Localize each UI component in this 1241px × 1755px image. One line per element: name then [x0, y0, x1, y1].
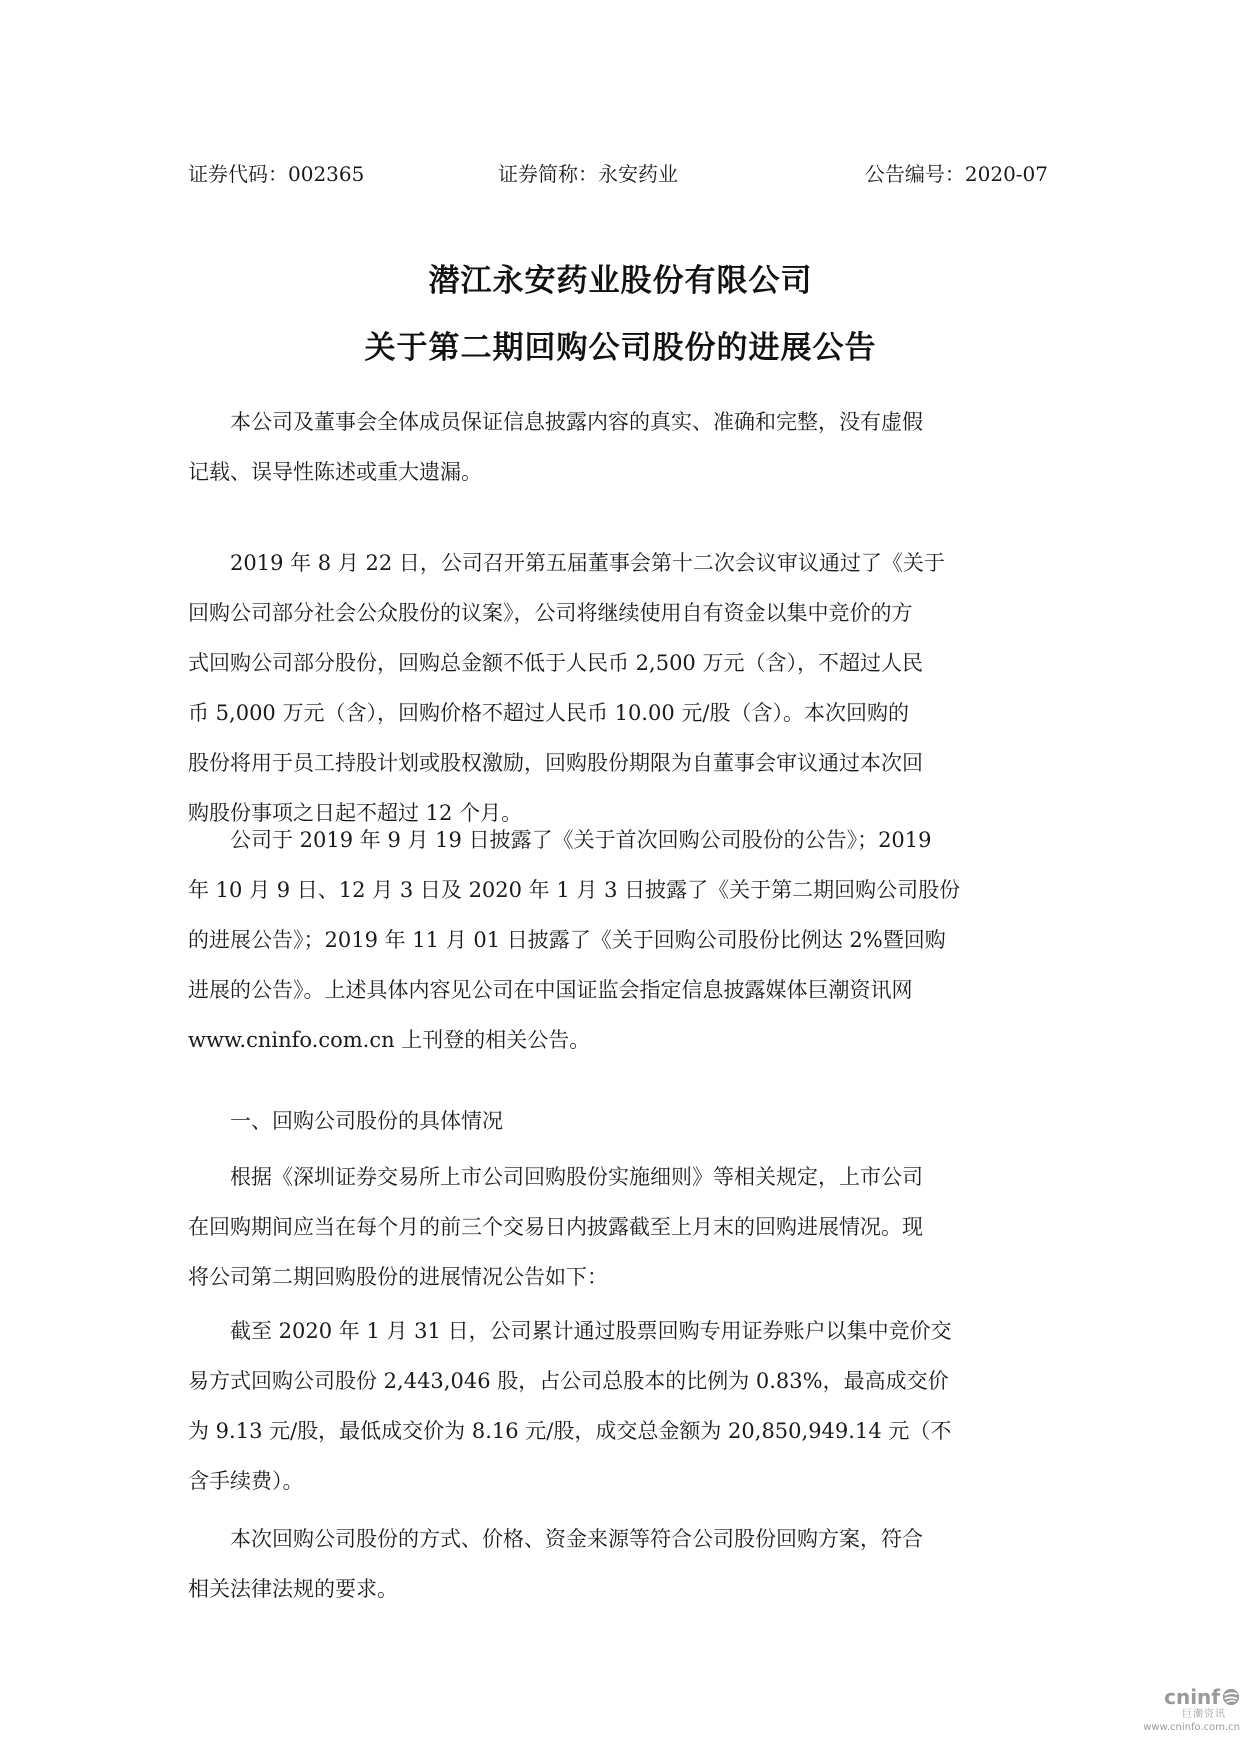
text-line: 2019 年 8 月 22 日，公司召开第五届董事会第十二次会议审议通过了《关于: [188, 538, 1043, 588]
text-line: 回购公司部分社会公众股份的议案》，公司将继续使用自有资金以集中竞价的方: [188, 588, 1043, 638]
text-line: 式回购公司部分股份，回购总金额不低于人民币 2,500 万元（含），不超过人民: [188, 638, 1043, 688]
announcement-number: 公告编号：2020-07: [865, 158, 1048, 190]
cninfo-url: www.cninfo.com.cn: [1120, 1721, 1240, 1734]
section-heading: 一、回购公司股份的具体情况: [188, 1096, 1043, 1146]
text-line: 相关法律法规的要求。: [188, 1564, 1043, 1614]
paragraph-board-resolution: 2019 年 8 月 22 日，公司召开第五届董事会第十二次会议审议通过了《关于…: [188, 538, 1043, 838]
text-line: 股份将用于员工持股计划或股权激励，回购股份期限为自董事会审议通过本次回: [188, 738, 1043, 788]
text-line: 根据《深圳证券交易所上市公司回购股份实施细则》等相关规定，上市公司: [188, 1152, 1043, 1202]
paragraph-disclaimer: 本公司及董事会全体成员保证信息披露内容的真实、准确和完整，没有虚假 记载、误导性…: [188, 397, 1043, 497]
text-line: 币 5,000 万元（含），回购价格不超过人民币 10.00 元/股（含）。本次…: [188, 688, 1043, 738]
text-line: 含手续费）。: [188, 1456, 1043, 1506]
cninfo-logo-icon: [1222, 1688, 1240, 1706]
paragraph-regulation: 根据《深圳证券交易所上市公司回购股份实施细则》等相关规定，上市公司 在回购期间应…: [188, 1152, 1043, 1302]
cninfo-chinese-name: 巨潮资讯: [1120, 1708, 1240, 1721]
text-line: 易方式回购公司股份 2,443,046 股，占公司总股本的比例为 0.83%，最…: [188, 1356, 1043, 1406]
text-line: www.cninfo.com.cn 上刊登的相关公告。: [188, 1015, 1043, 1065]
text-line: 本次回购公司股份的方式、价格、资金来源等符合公司股份回购方案，符合: [188, 1514, 1043, 1564]
text-line: 公司于 2019 年 9 月 19 日披露了《关于首次回购公司股份的公告》；20…: [188, 815, 1043, 865]
text-line: 在回购期间应当在每个月的前三个交易日内披露截至上月末的回购进展情况。现: [188, 1202, 1043, 1252]
text-line: 截至 2020 年 1 月 31 日，公司累计通过股票回购专用证券账户以集中竞价…: [188, 1306, 1043, 1356]
paragraph-buyback-figures: 截至 2020 年 1 月 31 日，公司累计通过股票回购专用证券账户以集中竞价…: [188, 1306, 1043, 1506]
text-line: 记载、误导性陈述或重大遗漏。: [188, 447, 1043, 497]
paragraph-prior-disclosures: 公司于 2019 年 9 月 19 日披露了《关于首次回购公司股份的公告》；20…: [188, 815, 1043, 1065]
paragraph-compliance: 本次回购公司股份的方式、价格、资金来源等符合公司股份回购方案，符合 相关法律法规…: [188, 1514, 1043, 1614]
text-line: 年 10 月 9 日、12 月 3 日及 2020 年 1 月 3 日披露了《关…: [188, 865, 1043, 915]
stock-code: 证券代码：002365: [188, 158, 364, 190]
stock-short-name: 证券简称：永安药业: [498, 158, 678, 190]
cninfo-brand: cninf: [1164, 1686, 1220, 1708]
cninfo-watermark: cninf 巨潮资讯 www.cninfo.com.cn: [1120, 1686, 1240, 1746]
text-line: 进展的公告》。上述具体内容见公司在中国证监会指定信息披露媒体巨潮资讯网: [188, 965, 1043, 1015]
company-title: 潜江永安药业股份有限公司: [0, 255, 1241, 300]
text-line: 将公司第二期回购股份的进展情况公告如下：: [188, 1252, 1043, 1302]
text-line: 本公司及董事会全体成员保证信息披露内容的真实、准确和完整，没有虚假: [188, 397, 1043, 447]
text-line: 为 9.13 元/股，最低成交价为 8.16 元/股，成交总金额为 20,850…: [188, 1406, 1043, 1456]
section-heading-text: 一、回购公司股份的具体情况: [188, 1096, 1043, 1146]
text-line: 的进展公告》；2019 年 11 月 01 日披露了《关于回购公司股份比例达 2…: [188, 915, 1043, 965]
announcement-header: 证券代码：002365 证券简称：永安药业 公告编号：2020-07: [188, 158, 1048, 190]
document-page: 证券代码：002365 证券简称：永安药业 公告编号：2020-07 潜江永安药…: [0, 0, 1241, 1755]
announcement-title: 关于第二期回购公司股份的进展公告: [0, 322, 1241, 367]
